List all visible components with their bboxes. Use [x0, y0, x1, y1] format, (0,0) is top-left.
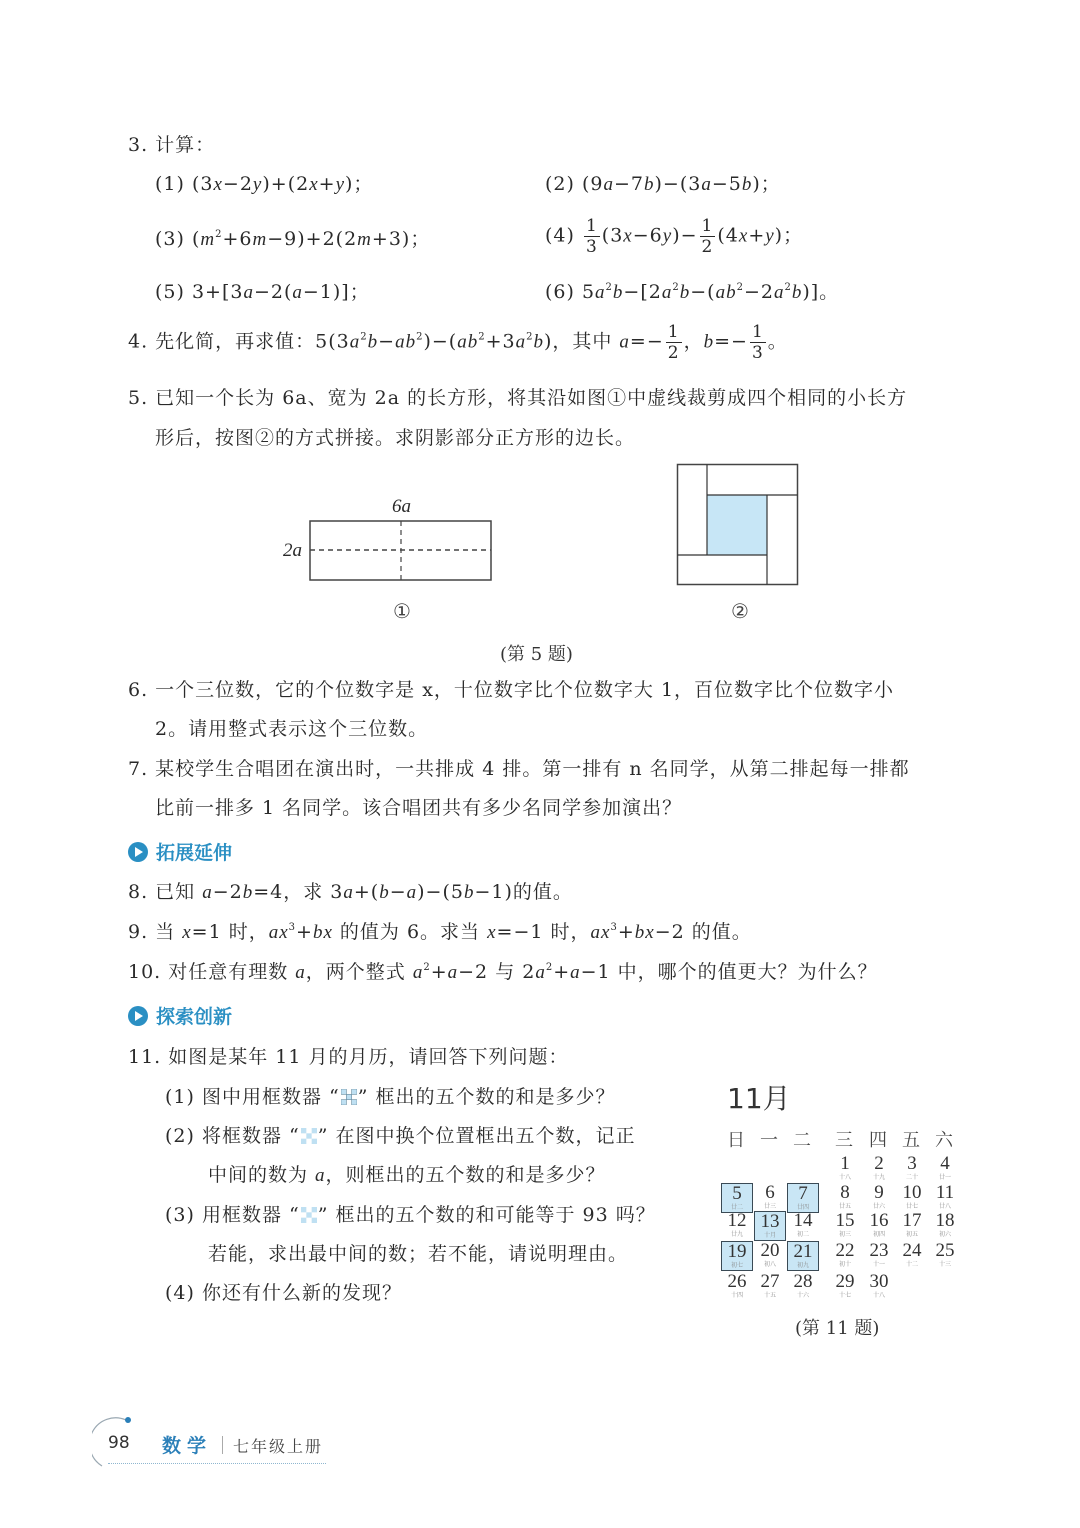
- q11-label: 11. 如图是某年 11 月的月历，请回答下列问题：: [128, 1043, 569, 1071]
- calendar-day-number: 7: [788, 1184, 818, 1204]
- calendar-day-number: 20: [754, 1241, 786, 1261]
- calendar-day: 10廿七: [896, 1183, 928, 1213]
- section-extend-title: 拓展延伸: [156, 838, 232, 865]
- calendar-lunar-date: 十六: [787, 1292, 819, 1300]
- page-number: 98: [108, 1433, 130, 1453]
- q5-line1: 5. 已知一个长为 6a、宽为 2a 的长方形，将其沿如图①中虚线裁剪成四个相同…: [128, 384, 907, 412]
- calendar-day: 11廿八: [929, 1183, 961, 1213]
- calendar-day-number: 30: [863, 1272, 895, 1292]
- calendar-lunar-date: 初三: [829, 1231, 861, 1239]
- play-icon: [128, 1006, 148, 1026]
- calendar-lunar-date: 初七: [722, 1262, 752, 1270]
- q11-sub2: (2) 将框数器 “” 在图中换个位置框出五个数，记正: [165, 1122, 635, 1150]
- calendar-day-number: 21: [788, 1242, 818, 1262]
- calendar-day-highlighted: 7廿四: [787, 1183, 819, 1213]
- q10: 10. 对任意有理数 a，两个整式 a2+a−2 与 2a2+a−1 中，哪个的…: [128, 958, 878, 987]
- calendar-day-number: 15: [829, 1211, 861, 1231]
- calendar-lunar-date: 初十: [829, 1261, 861, 1269]
- calendar-lunar-date: 十三: [929, 1261, 961, 1269]
- calendar-day-number: 8: [829, 1183, 861, 1203]
- q7-line2: 比前一排多 1 名同学。该合唱团共有多少名同学参加演出？: [155, 794, 682, 822]
- calendar-lunar-date: 廿一: [929, 1174, 961, 1182]
- calendar-lunar-date: 十八: [863, 1292, 895, 1300]
- q3-item-1: (1) (3x−2y)+(2x+y)；: [155, 170, 373, 199]
- calendar-lunar-date: 十二: [896, 1261, 928, 1269]
- calendar-day-number: 1: [829, 1154, 861, 1174]
- calendar-lunar-date: 初二: [787, 1231, 819, 1239]
- calendar-day: 18初六: [929, 1211, 961, 1241]
- calendar-day-number: 22: [829, 1241, 861, 1261]
- grade-label: 七年级上册: [233, 1434, 323, 1457]
- calendar-day-number: 3: [896, 1154, 928, 1174]
- calendar-day: 28十六: [787, 1272, 819, 1302]
- calendar-lunar-date: 十九: [863, 1174, 895, 1182]
- calendar-day: 14初二: [787, 1211, 819, 1241]
- calendar-day-highlighted: 21初九: [787, 1241, 819, 1271]
- frame-counter-icon: [341, 1089, 357, 1105]
- calendar-day: 27十五: [754, 1272, 786, 1302]
- calendar-day-number: 17: [896, 1211, 928, 1231]
- calendar-day-number: 28: [787, 1272, 819, 1292]
- calendar-day-number: 27: [754, 1272, 786, 1292]
- calendar-day: 12廿九: [721, 1211, 753, 1241]
- calendar-day-number: 2: [863, 1154, 895, 1174]
- calendar-weekday: 四: [862, 1126, 894, 1152]
- calendar-day-number: 23: [863, 1241, 895, 1261]
- footer-dotted-rule: [108, 1463, 326, 1464]
- calendar-day-number: 10: [896, 1183, 928, 1203]
- calendar-lunar-date: 十一: [863, 1261, 895, 1269]
- q8: 8. 已知 a−2b=4，求 3a+(b−a)−(5b−1)的值。: [128, 878, 573, 907]
- section-explore-heading: 探索创新: [128, 1002, 232, 1029]
- calendar-day: 22初十: [829, 1241, 861, 1271]
- calendar-day: 1十八: [829, 1154, 861, 1184]
- frame-counter-icon: [301, 1207, 317, 1223]
- calendar-weekday: 五: [895, 1126, 927, 1152]
- calendar-weekday: 三: [828, 1126, 860, 1152]
- calendar-day: 15初三: [829, 1211, 861, 1241]
- calendar-lunar-date: 十月: [755, 1232, 785, 1240]
- calendar-day: 25十三: [929, 1241, 961, 1271]
- fig1-rectangle: [308, 519, 494, 583]
- q3-item-4: (4) 13(3x−6y)−12(4x+y)；: [545, 216, 803, 257]
- calendar-day: 3二十: [896, 1154, 928, 1184]
- calendar-day: 24十二: [896, 1241, 928, 1271]
- calendar-day: 26十四: [721, 1272, 753, 1302]
- calendar-day-number: 26: [721, 1272, 753, 1292]
- q9: 9. 当 x=1 时，ax3+bx 的值为 6。求当 x=−1 时，ax3+bx…: [128, 918, 752, 947]
- calendar-day-number: 12: [721, 1211, 753, 1231]
- q7-line1: 7. 某校学生合唱团在演出时，一共排成 4 排。第一排有 n 名同学，从第二排起…: [128, 755, 910, 783]
- calendar-day-number: 18: [929, 1211, 961, 1231]
- calendar-day: 29十七: [829, 1272, 861, 1302]
- section-explore-title: 探索创新: [156, 1002, 232, 1029]
- calendar-day: 16初四: [863, 1211, 895, 1241]
- calendar-title: 11月: [727, 1077, 791, 1117]
- q11-sub3: (3) 用框数器 “” 框出的五个数的和可能等于 93 吗？: [165, 1201, 656, 1229]
- calendar-lunar-date: 二十: [896, 1174, 928, 1182]
- figure-5-caption: (第 5 题): [500, 640, 573, 666]
- q11-sub2-cont: 中间的数为 a，则框出的五个数的和是多少？: [208, 1161, 606, 1190]
- calendar-lunar-date: 初六: [929, 1231, 961, 1239]
- fig2-caption: ②: [731, 599, 749, 623]
- calendar-day-number: 24: [896, 1241, 928, 1261]
- frame-counter-icon: [301, 1128, 317, 1144]
- calendar-lunar-date: 十七: [829, 1292, 861, 1300]
- calendar-day-number: 29: [829, 1272, 861, 1292]
- calendar-day-number: 13: [755, 1212, 785, 1232]
- calendar-day-number: 11: [929, 1183, 961, 1203]
- fig1-width-label: 2a: [283, 540, 302, 562]
- calendar-day: 23十一: [863, 1241, 895, 1271]
- calendar-day-number: 19: [722, 1242, 752, 1262]
- calendar-lunar-date: 廿九: [721, 1231, 753, 1239]
- play-icon: [128, 842, 148, 862]
- calendar-lunar-date: 十四: [721, 1292, 753, 1300]
- calendar-weekday: 六: [928, 1126, 960, 1152]
- q3-item-3: (3) (m2+6m−9)+2(2m+3)；: [155, 225, 430, 254]
- fig1-length-label: 6a: [392, 496, 411, 518]
- calendar-weekday: 日: [720, 1126, 752, 1152]
- calendar-day: 8廿五: [829, 1183, 861, 1213]
- q6-line1: 6. 一个三位数，它的个位数字是 x，十位数字比个位数字大 1，百位数字比个位数…: [128, 676, 894, 704]
- calendar-day-highlighted: 13十月: [754, 1211, 786, 1241]
- calendar-lunar-date: 初五: [896, 1231, 928, 1239]
- calendar-lunar-date: 初九: [788, 1262, 818, 1270]
- q4-label: 4. 先化简，再求值：: [128, 331, 315, 353]
- q11-sub3-cont: 若能，求出最中间的数；若不能，请说明理由。: [208, 1240, 628, 1268]
- q5-line2: 形后，按图②的方式拼接。求阴影部分正方形的边长。: [155, 424, 635, 452]
- calendar-day-number: 14: [787, 1211, 819, 1231]
- q4: 4. 先化简，再求值：5(3a2b−ab2)−(ab2+3a2b)，其中 a=−…: [128, 322, 788, 363]
- calendar-day-number: 25: [929, 1241, 961, 1261]
- calendar-day: 17初五: [896, 1211, 928, 1241]
- calendar-lunar-date: 十八: [829, 1174, 861, 1182]
- fig1-caption: ①: [393, 599, 411, 623]
- calendar-lunar-date: 初八: [754, 1261, 786, 1269]
- calendar-day: 9廿六: [863, 1183, 895, 1213]
- fig2-square-arrangement: [676, 463, 800, 587]
- calendar-day: 6廿三: [754, 1183, 786, 1213]
- calendar-day: 20初八: [754, 1241, 786, 1271]
- q3-item-5: (5) 3+[3a−2(a−1)]；: [155, 278, 370, 307]
- calendar-day-number: 4: [929, 1154, 961, 1174]
- section-extend-heading: 拓展延伸: [128, 838, 232, 865]
- calendar-day: 2十九: [863, 1154, 895, 1184]
- calendar-lunar-date: 廿三: [754, 1203, 786, 1211]
- footer-divider: [222, 1436, 223, 1454]
- q3-item-2: (2) (9a−7b)−(3a−5b)；: [545, 170, 781, 199]
- calendar-lunar-date: 十五: [754, 1292, 786, 1300]
- calendar-day-highlighted: 19初七: [721, 1241, 753, 1271]
- calendar-day: 30十八: [863, 1272, 895, 1302]
- calendar-day: 4廿一: [929, 1154, 961, 1184]
- q6-line2: 2。请用整式表示这个三位数。: [155, 715, 428, 743]
- q3-item-6: (6) 5a2b−[2a2b−(ab2−2a2b)]。: [545, 278, 839, 307]
- calendar-lunar-date: 初四: [863, 1231, 895, 1239]
- q11-sub4: (4) 你还有什么新的发现？: [165, 1279, 402, 1307]
- calendar-day-number: 6: [754, 1183, 786, 1203]
- q3-label: 3. 计算：: [128, 131, 215, 159]
- figure-11-caption: (第 11 题): [795, 1314, 879, 1340]
- calendar-day-number: 16: [863, 1211, 895, 1231]
- calendar-day-number: 9: [863, 1183, 895, 1203]
- calendar-weekday: 一: [753, 1126, 785, 1152]
- calendar-day-highlighted: 5廿二: [721, 1183, 753, 1213]
- calendar-day-number: 5: [722, 1184, 752, 1204]
- subject-label: 数学: [162, 1431, 212, 1458]
- calendar-weekday: 二: [786, 1126, 818, 1152]
- q11-sub1: (1) 图中用框数器 “” 框出的五个数的和是多少？: [165, 1083, 615, 1111]
